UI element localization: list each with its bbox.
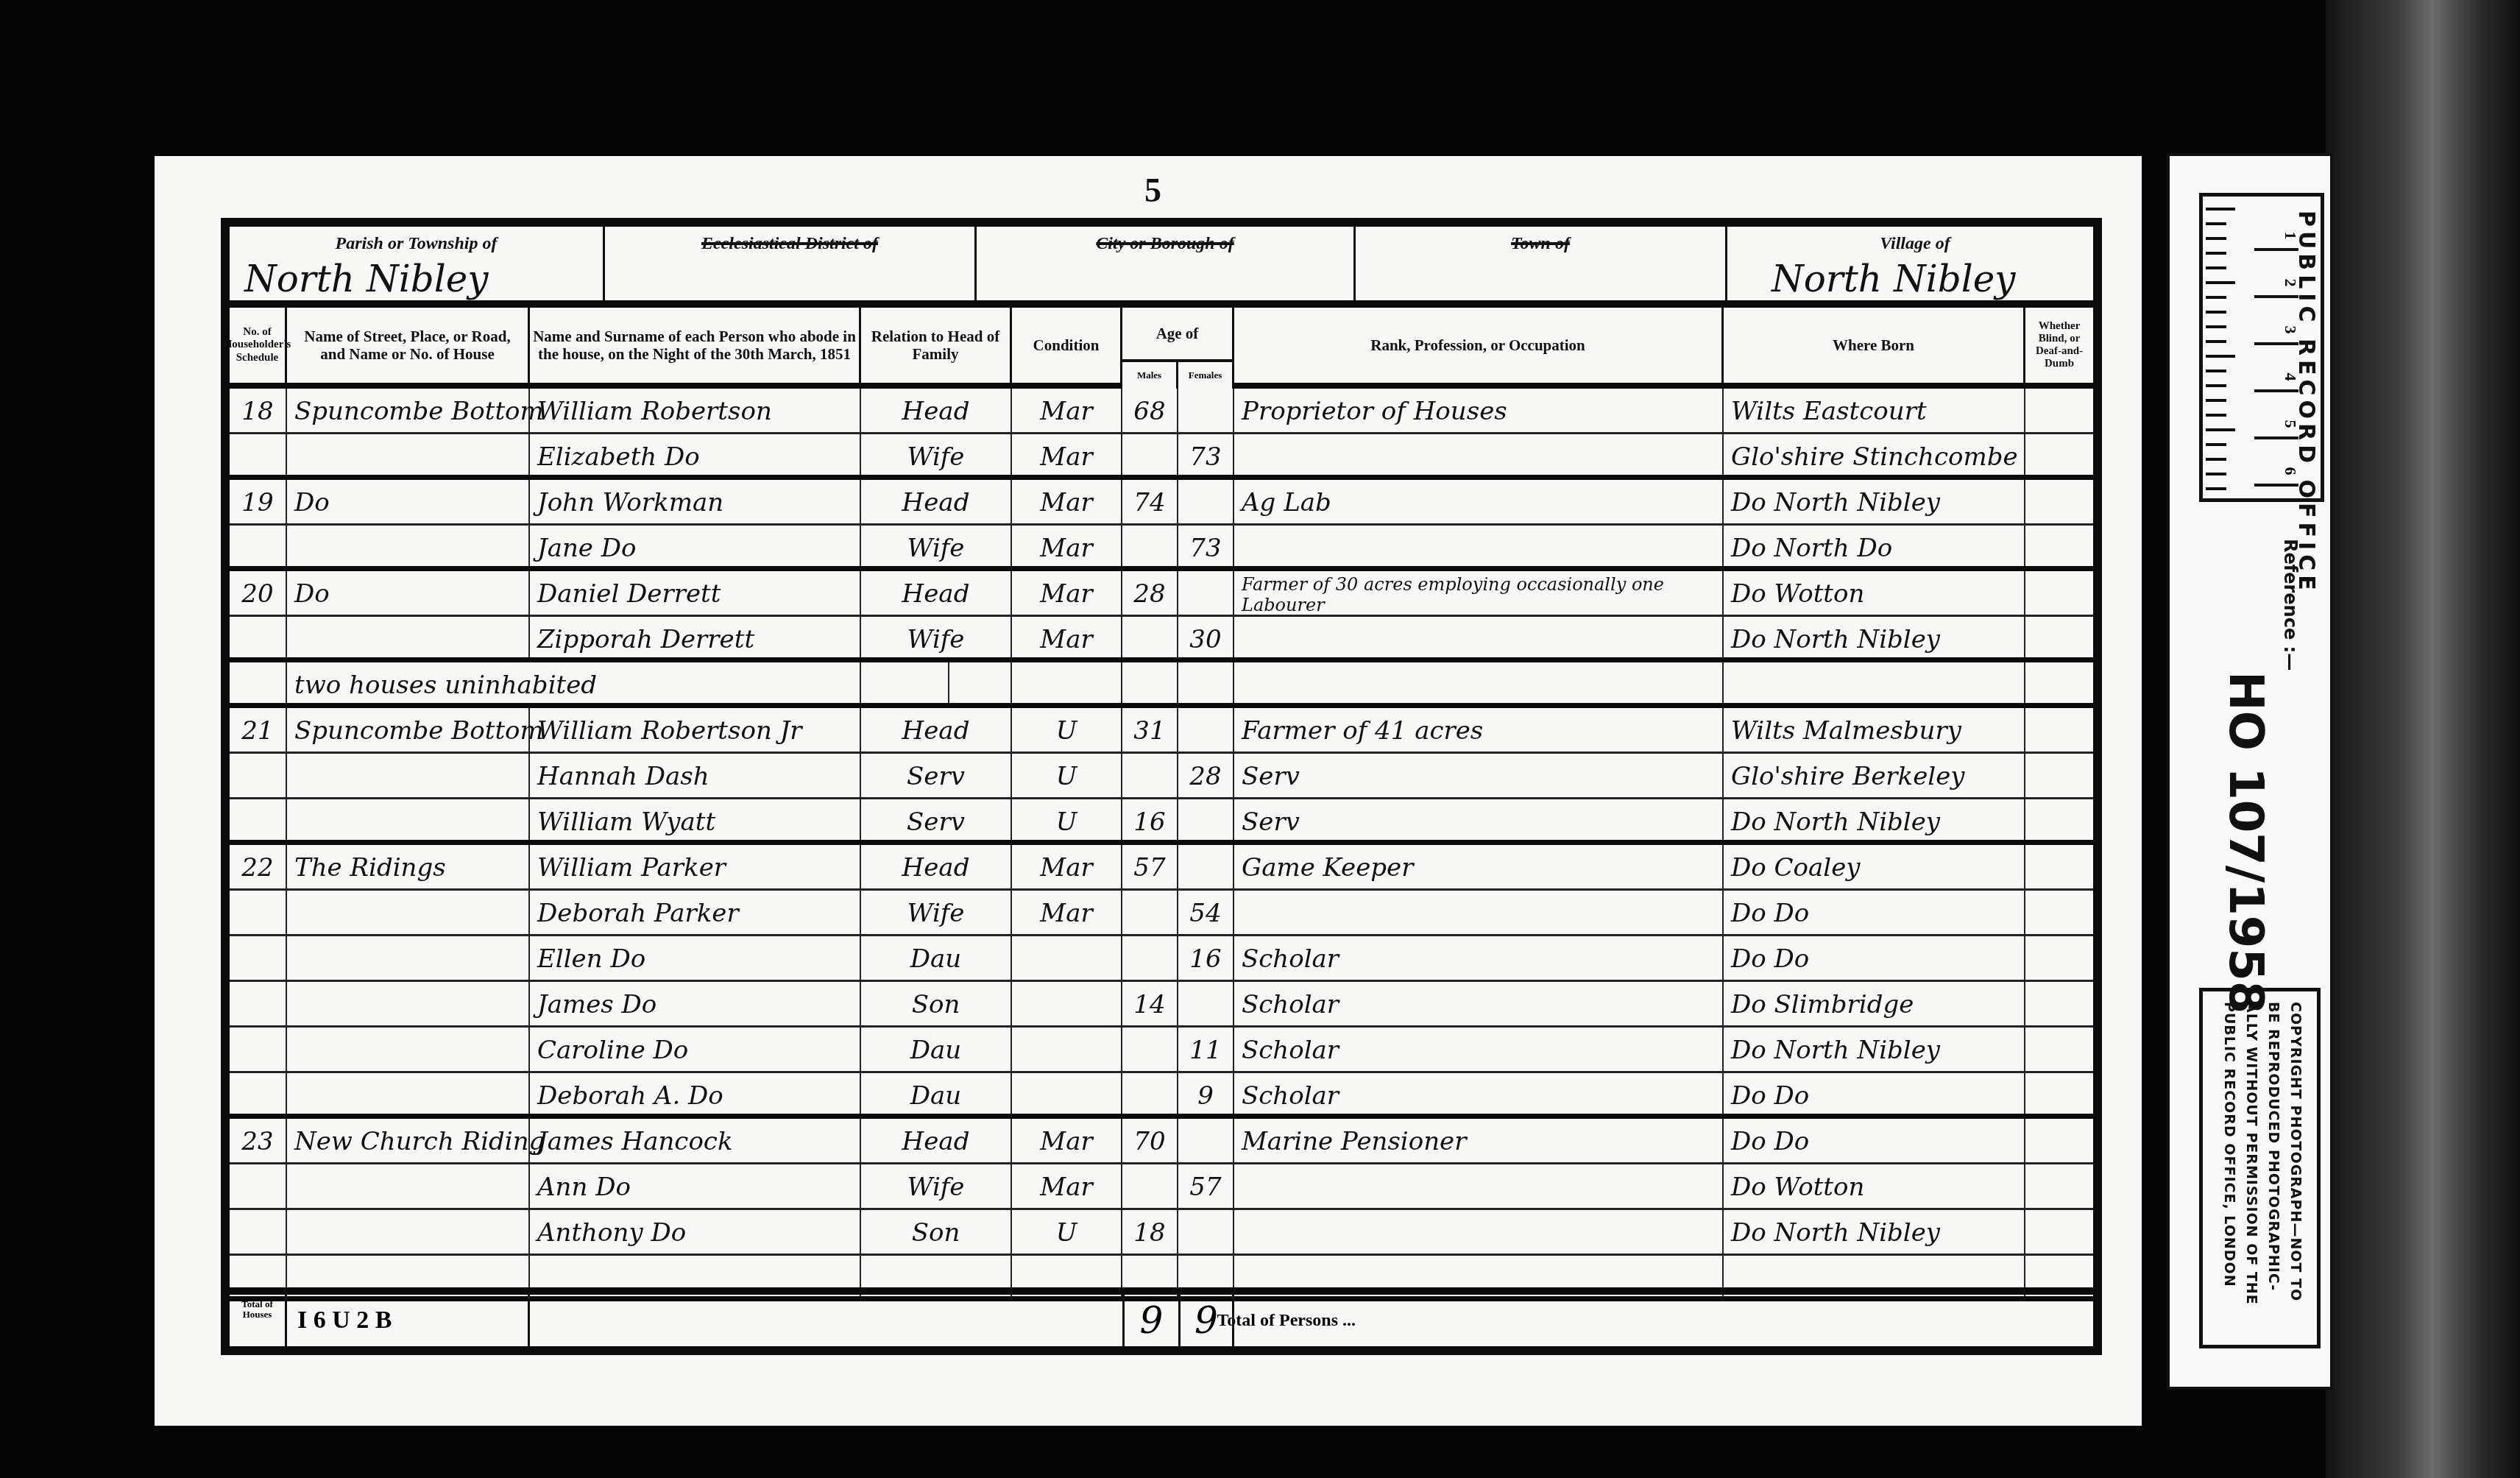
cell-relation: Serv — [861, 799, 1012, 840]
cell-female-age: 54 — [1178, 891, 1234, 934]
cell-relation: Wife — [861, 1164, 1012, 1208]
cell-female-age — [1178, 708, 1234, 752]
table-row: 18Spuncombe BottomWilliam RobertsonHeadM… — [230, 389, 2093, 434]
ruler-tick — [2206, 281, 2235, 284]
table-row: Anthony DoSonU18Do North Nibley — [230, 1210, 2093, 1256]
ruler-tick — [2206, 473, 2226, 475]
cell-schedule — [230, 1073, 287, 1114]
cell-blind — [2025, 662, 2093, 703]
cell-where-born: Do North Nibley — [1724, 1028, 2025, 1071]
copyright-line: COPYRIGHT PHOTOGRAPH—NOT TO — [2284, 1002, 2307, 1305]
cell-name: Hannah Dash — [530, 754, 861, 797]
table-row: Deborah ParkerWifeMar54Do Do — [230, 891, 2093, 936]
cell-male-age: 18 — [1122, 1210, 1178, 1254]
cell-where-born: Do Coaley — [1724, 845, 2025, 888]
col-where-born: Where Born — [1724, 308, 2025, 389]
cell-occupation — [1234, 1210, 1724, 1254]
col-males: Males — [1122, 359, 1178, 389]
cell-condition — [1012, 662, 1122, 703]
parish-value: North Nibley — [244, 258, 489, 300]
cell-street — [287, 434, 530, 475]
cell-schedule: 18 — [230, 389, 287, 432]
cell-schedule — [230, 526, 287, 566]
copyright-notice-box: COPYRIGHT PHOTOGRAPH—NOT TOBE REPRODUCED… — [2199, 988, 2321, 1348]
cell-female-age — [1178, 480, 1234, 523]
table-row: Ann DoWifeMar57Do Wotton — [230, 1164, 2093, 1210]
cell-blind — [2025, 799, 2093, 840]
cell-where-born: Do North Do — [1724, 526, 2025, 566]
cell-relation: Son — [861, 1210, 1012, 1254]
cell-relation: Serv — [861, 754, 1012, 797]
cell-male-age — [1122, 434, 1178, 475]
cell-name: Ann Do — [530, 1164, 861, 1208]
table-row: 21Spuncombe BottomWilliam Robertson JrHe… — [230, 708, 2093, 754]
table-row: 22The RidingsWilliam ParkerHeadMar57Game… — [230, 845, 2093, 891]
copyright-notice: COPYRIGHT PHOTOGRAPH—NOT TOBE REPRODUCED… — [2218, 1002, 2307, 1305]
cell-male-age: 57 — [1122, 845, 1178, 888]
table-row: two houses uninhabited — [230, 662, 2093, 708]
cell-relation: Son — [861, 982, 1012, 1025]
village-label: Village of — [1727, 234, 2103, 254]
cell-male-age — [1122, 754, 1178, 797]
cell-blind — [2025, 480, 2093, 523]
cell-where-born: Do Wotton — [1724, 571, 2025, 615]
cell-occupation: Scholar — [1234, 982, 1724, 1025]
cell-name: John Workman — [530, 480, 861, 523]
cell-schedule — [230, 754, 287, 797]
cell-blind — [2025, 617, 2093, 657]
page-number: 5 — [1144, 171, 1161, 210]
total-houses-label: Total of Houses — [230, 1295, 287, 1346]
cell-condition: U — [1012, 708, 1122, 752]
cell-blind — [2025, 754, 2093, 797]
cell-blind — [2025, 982, 2093, 1025]
cell-male-age: 68 — [1122, 389, 1178, 432]
ruler-tick — [2206, 252, 2226, 255]
cell-where-born — [1724, 662, 2025, 703]
cell-condition: Mar — [1012, 617, 1122, 657]
cell-name: James Hancock — [530, 1119, 861, 1162]
cell-street: New Church Riding — [287, 1119, 530, 1162]
cell-female-age: 30 — [1178, 617, 1234, 657]
cell-female-age — [1178, 845, 1234, 888]
cell-relation: Dau — [861, 1028, 1012, 1071]
cell-occupation — [1234, 1164, 1724, 1208]
copyright-line: PUBLIC RECORD OFFICE, LONDON — [2218, 1002, 2240, 1305]
cell-schedule — [230, 891, 287, 934]
col-blind: Whether Blind, or Deaf-and-Dumb — [2025, 308, 2093, 389]
cell-name: James Do — [530, 982, 861, 1025]
cell-occupation: Serv — [1234, 754, 1724, 797]
cell-where-born: Do North Nibley — [1724, 799, 2025, 840]
cell-male-age: 16 — [1122, 799, 1178, 840]
cell-where-born: Wilts Malmesbury — [1724, 708, 2025, 752]
ruler-cm-mark: 6 — [2254, 439, 2298, 487]
cell-male-age — [1122, 526, 1178, 566]
cell-schedule: 20 — [230, 571, 287, 615]
cell-name: Zipporah Derrett — [530, 617, 861, 657]
cell-condition: Mar — [1012, 1164, 1122, 1208]
cell-occupation: Game Keeper — [1234, 845, 1724, 888]
cell-street — [287, 1073, 530, 1114]
col-street: Name of Street, Place, or Road, and Name… — [287, 308, 530, 389]
cell-name: William Robertson — [530, 389, 861, 432]
cell-blind — [2025, 571, 2093, 615]
census-table: Parish or Township of North Nibley Eccle… — [221, 218, 2102, 1355]
cell-male-age: 28 — [1122, 571, 1178, 615]
ruler-tick — [2206, 222, 2226, 225]
cell-blind — [2025, 891, 2093, 934]
cell-female-age — [1178, 1210, 1234, 1254]
ruler-cm-mark: 4 — [2254, 345, 2298, 392]
table-row: Hannah DashServU28ServGlo'shire Berkeley — [230, 754, 2093, 799]
ruler-cm-mark: 2 — [2254, 251, 2298, 298]
cell-occupation: Serv — [1234, 799, 1724, 840]
ruler-tick — [2206, 399, 2226, 402]
village-value: North Nibley — [1772, 258, 2016, 300]
cell-street: Spuncombe Bottom — [287, 389, 530, 432]
cell-occupation: Ag Lab — [1234, 480, 1724, 523]
cell-male-age — [1122, 662, 1178, 703]
cell-relation: Head — [861, 480, 1012, 523]
cell-male-age: 74 — [1122, 480, 1178, 523]
cell-female-age — [1178, 389, 1234, 432]
cell-name: William Wyatt — [530, 799, 861, 840]
col-relation: Relation to Head of Family — [861, 308, 1012, 389]
cell-street: Spuncombe Bottom — [287, 708, 530, 752]
cell-street — [287, 891, 530, 934]
cell-street — [287, 1164, 530, 1208]
cell-condition: Mar — [1012, 1119, 1122, 1162]
cell-schedule — [230, 1164, 287, 1208]
table-row: 19DoJohn WorkmanHeadMar74Ag LabDo North … — [230, 480, 2093, 526]
cell-occupation — [1234, 891, 1724, 934]
cell-relation: Head — [861, 1119, 1012, 1162]
cell-condition: Mar — [1012, 389, 1122, 432]
ruler-tick — [2206, 355, 2235, 358]
cell-blind — [2025, 1210, 2093, 1254]
cell-blind — [2025, 1028, 2093, 1071]
cell-male-age: 14 — [1122, 982, 1178, 1025]
ruler-tick — [2206, 266, 2226, 269]
cell-name: Deborah A. Do — [530, 1073, 861, 1114]
cell-condition: Mar — [1012, 434, 1122, 475]
cell-where-born: Do Wotton — [1724, 1164, 2025, 1208]
cell-where-born: Do North Nibley — [1724, 480, 2025, 523]
ruler-tick — [2206, 325, 2226, 328]
town-cell: Town of — [1356, 227, 1727, 300]
ruler-tick — [2206, 443, 2226, 446]
col-age: Age of — [1122, 308, 1234, 359]
parish-label: Parish or Township of — [230, 234, 603, 254]
ruler-tick — [2206, 369, 2226, 372]
cell-schedule — [230, 1028, 287, 1071]
table-row: Ellen DoDau16ScholarDo Do — [230, 936, 2093, 982]
ruler-tick — [2206, 414, 2226, 417]
ruler-tick — [2206, 340, 2226, 343]
cell-relation: Dau — [861, 936, 1012, 980]
pro-title: PUBLIC RECORD OFFICE — [2293, 211, 2319, 595]
cell-female-age: 73 — [1178, 434, 1234, 475]
ruler-tick — [2206, 311, 2226, 314]
cell-where-born: Do Slimbridge — [1724, 982, 2025, 1025]
col-occupation: Rank, Profession, or Occupation — [1234, 308, 1724, 389]
cell-schedule — [230, 662, 287, 703]
totals-row: Total of Houses I 6 U 2 B Total of Perso… — [230, 1287, 2093, 1346]
cell-where-born: Do Do — [1724, 1073, 2025, 1114]
cell-occupation: Farmer of 41 acres — [1234, 708, 1724, 752]
cell-schedule — [230, 936, 287, 980]
cell-male-age — [1122, 1164, 1178, 1208]
cell-female-age: 73 — [1178, 526, 1234, 566]
cell-schedule — [230, 434, 287, 475]
table-row: Caroline DoDau11ScholarDo North Nibley — [230, 1028, 2093, 1073]
ruler-cm-mark: 3 — [2254, 298, 2298, 345]
cell-occupation: Marine Pensioner — [1234, 1119, 1724, 1162]
cell-name: Elizabeth Do — [530, 434, 861, 475]
table-row: 20DoDaniel DerrettHeadMar28Farmer of 30 … — [230, 571, 2093, 617]
cell-where-born: Do North Nibley — [1724, 617, 2025, 657]
cell-blind — [2025, 526, 2093, 566]
cell-name: Jane Do — [530, 526, 861, 566]
cell-female-age: 57 — [1178, 1164, 1234, 1208]
table-row: Deborah A. DoDau9ScholarDo Do — [230, 1073, 2093, 1119]
cell-occupation: Proprietor of Houses — [1234, 389, 1724, 432]
cell-male-age — [1122, 617, 1178, 657]
cell-occupation: Scholar — [1234, 1073, 1724, 1114]
cell-relation: Head — [861, 571, 1012, 615]
cell-relation: Dau — [861, 1073, 1012, 1114]
cell-street — [287, 1028, 530, 1071]
cell-schedule — [230, 617, 287, 657]
cell-female-age: 9 — [1178, 1073, 1234, 1114]
cell-condition: U — [1012, 1210, 1122, 1254]
cell-occupation: Scholar — [1234, 936, 1724, 980]
cell-name: Daniel Derrett — [530, 571, 861, 615]
cell-relation: Wife — [861, 526, 1012, 566]
cell-female-age: 11 — [1178, 1028, 1234, 1071]
ruler-tick — [2206, 428, 2235, 431]
col-females: Females — [1178, 359, 1234, 389]
table-row: William WyattServU16ServDo North Nibley — [230, 799, 2093, 845]
cell-female-age: 16 — [1178, 936, 1234, 980]
cell-street — [287, 754, 530, 797]
cell-occupation — [1234, 526, 1724, 566]
ruler-tick — [2206, 296, 2226, 299]
cell-blind — [2025, 708, 2093, 752]
cell-schedule: 19 — [230, 480, 287, 523]
cell-condition: Mar — [1012, 571, 1122, 615]
parish-cell: Parish or Township of North Nibley — [230, 227, 605, 300]
cell-male-age — [1122, 936, 1178, 980]
cell-street — [287, 526, 530, 566]
cell-name: William Robertson Jr — [530, 708, 861, 752]
cell-blind — [2025, 1164, 2093, 1208]
ecclesiastical-label: Ecclesiastical District of — [605, 234, 974, 254]
copyright-line: BE REPRODUCED PHOTOGRAPHIC- — [2262, 1002, 2284, 1305]
cell-where-born: Glo'shire Stinchcombe — [1724, 434, 2025, 475]
cell-male-age — [1122, 1028, 1178, 1071]
cell-condition: U — [1012, 754, 1122, 797]
cell-blind — [2025, 434, 2093, 475]
cell-relation: Head — [861, 845, 1012, 888]
cell-blind — [2025, 1073, 2093, 1114]
cell-blind — [2025, 389, 2093, 432]
cell-occupation: Scholar — [1234, 1028, 1724, 1071]
table-row: Zipporah DerrettWifeMar30Do North Nibley — [230, 617, 2093, 662]
cell-name: Caroline Do — [530, 1028, 861, 1071]
cell-where-born: Do Do — [1724, 891, 2025, 934]
cell-female-age: 28 — [1178, 754, 1234, 797]
col-name: Name and Surname of each Person who abod… — [530, 308, 861, 389]
cell-name: Deborah Parker — [530, 891, 861, 934]
ecclesiastical-cell: Ecclesiastical District of — [605, 227, 977, 300]
copyright-line: ALLY WITHOUT PERMISSION OF THE — [2240, 1002, 2262, 1305]
ruler-tick — [2206, 384, 2226, 387]
ruler-tick — [2206, 208, 2235, 211]
cell-street — [287, 799, 530, 840]
cell-where-born: Do Do — [1724, 1119, 2025, 1162]
background-scan-edge — [2326, 0, 2520, 1478]
cell-name: William Parker — [530, 845, 861, 888]
ruler-cm-mark: 1 — [2254, 204, 2298, 251]
city-label: City or Borough of — [977, 234, 1353, 254]
cell-where-born: Wilts Eastcourt — [1724, 389, 2025, 432]
cell-occupation — [1234, 617, 1724, 657]
cell-street — [287, 936, 530, 980]
cell-where-born: Do Do — [1724, 936, 2025, 980]
cell-condition: U — [1012, 799, 1122, 840]
cell-blind — [2025, 1119, 2093, 1162]
reference-value: HO 107/1958 — [2218, 671, 2273, 1014]
cell-schedule: 21 — [230, 708, 287, 752]
cell-male-age — [1122, 1073, 1178, 1114]
cell-street: The Ridings — [287, 845, 530, 888]
cell-name: Ellen Do — [530, 936, 861, 980]
public-record-office-label: 123456 PUBLIC RECORD OFFICE Reference :—… — [2167, 153, 2333, 1390]
cell-male-age: 31 — [1122, 708, 1178, 752]
cell-condition: Mar — [1012, 845, 1122, 888]
cell-occupation: Farmer of 30 acres employing occasionall… — [1234, 571, 1724, 615]
cell-relation: Wife — [861, 891, 1012, 934]
cell-blind — [2025, 845, 2093, 888]
total-houses-value: I 6 U 2 B — [287, 1295, 530, 1346]
town-label: Town of — [1356, 234, 1725, 254]
reference-label: Reference :— — [2280, 539, 2301, 671]
cell-female-age — [1178, 982, 1234, 1025]
total-females: 9 — [1178, 1295, 1234, 1346]
table-row: 23New Church RidingJames HancockHeadMar7… — [230, 1119, 2093, 1164]
col-condition: Condition — [1012, 308, 1122, 389]
cell-female-age — [1178, 571, 1234, 615]
ruler-tick — [2206, 458, 2226, 461]
table-row: James DoSon14ScholarDo Slimbridge — [230, 982, 2093, 1028]
cell-female-age — [1178, 799, 1234, 840]
cell-schedule: 22 — [230, 845, 287, 888]
cell-relation: Wife — [861, 617, 1012, 657]
cell-schedule: 23 — [230, 1119, 287, 1162]
ruler-tick — [2206, 487, 2226, 490]
cell-relation: Head — [861, 708, 1012, 752]
col-schedule: No. of Householder's Schedule — [230, 308, 287, 389]
cell-schedule — [230, 1210, 287, 1254]
cell-male-age — [1122, 891, 1178, 934]
cell-street: Do — [287, 571, 530, 615]
cell-condition: Mar — [1012, 480, 1122, 523]
cell-condition — [1012, 1028, 1122, 1071]
cell-condition: Mar — [1012, 891, 1122, 934]
cell-street — [287, 617, 530, 657]
cell-female-age — [1178, 662, 1234, 703]
cell-schedule — [230, 799, 287, 840]
cell-condition — [1012, 982, 1122, 1025]
cell-condition — [1012, 1073, 1122, 1114]
cell-schedule — [230, 982, 287, 1025]
cell-male-age: 70 — [1122, 1119, 1178, 1162]
cell-street — [287, 982, 530, 1025]
ruler-tick — [2206, 237, 2226, 240]
cell-where-born: Glo'shire Berkeley — [1724, 754, 2025, 797]
cell-street: two houses uninhabited — [287, 662, 949, 703]
cell-where-born: Do North Nibley — [1724, 1210, 2025, 1254]
table-row: Jane DoWifeMar73Do North Do — [230, 526, 2093, 571]
city-cell: City or Borough of — [977, 227, 1356, 300]
cell-condition — [1012, 936, 1122, 980]
total-males: 9 — [1122, 1295, 1178, 1346]
cell-relation: Wife — [861, 434, 1012, 475]
cell-street — [287, 1210, 530, 1254]
cell-occupation — [1234, 434, 1724, 475]
cell-street: Do — [287, 480, 530, 523]
cell-relation: Head — [861, 389, 1012, 432]
cell-occupation — [1234, 662, 1724, 703]
table-row: Elizabeth DoWifeMar73Glo'shire Stinchcom… — [230, 434, 2093, 480]
ruler-cm-mark: 5 — [2254, 392, 2298, 439]
village-cell: Village of North Nibley — [1727, 227, 2103, 300]
cell-blind — [2025, 936, 2093, 980]
cell-condition: Mar — [1012, 526, 1122, 566]
cell-name: Anthony Do — [530, 1210, 861, 1254]
cell-female-age — [1178, 1119, 1234, 1162]
location-header: Parish or Township of North Nibley Eccle… — [230, 227, 2093, 308]
